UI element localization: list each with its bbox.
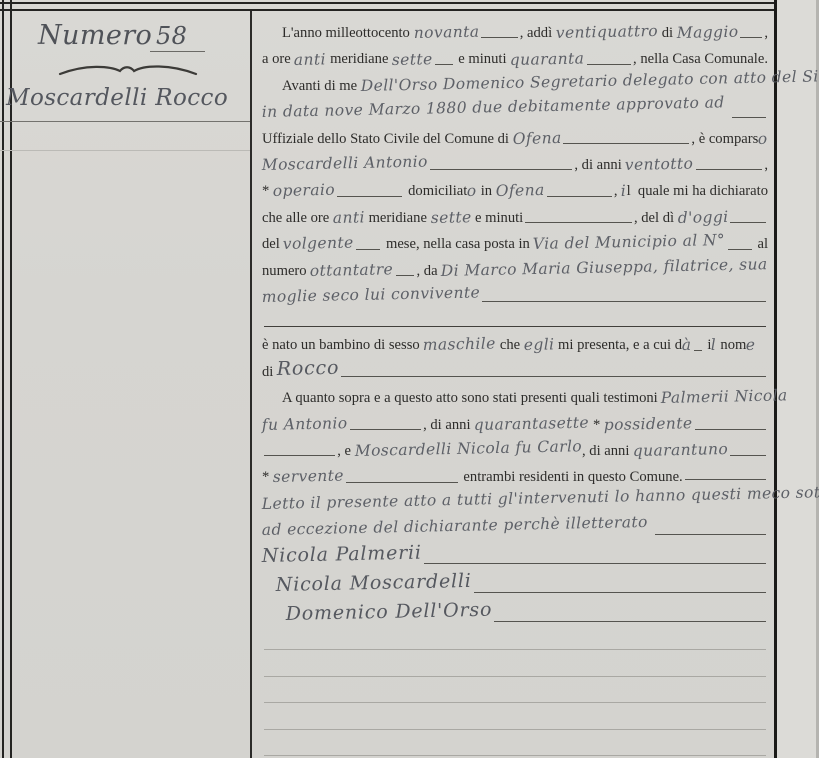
handwritten-text: Maggio	[676, 24, 738, 42]
printed-text: A quanto sopra e a questo atto sono stat…	[282, 390, 661, 406]
blank-underline	[396, 274, 415, 276]
printed-text: , e	[337, 443, 354, 459]
printed-text: *	[262, 469, 273, 485]
act-line-lettura-1: Letto il presente atto a tutti gl'interv…	[262, 486, 768, 512]
handwritten-text: anti	[294, 51, 326, 68]
blank-underline	[740, 36, 762, 38]
act-line-dichiarante: Moscardelli Antonio, di anni ventotto,	[262, 147, 768, 173]
empty-ruled-line	[264, 728, 766, 730]
printed-text: *	[589, 417, 604, 433]
handwritten-text: Moscardelli Antonio	[262, 154, 428, 174]
margin-faint-rule	[0, 150, 250, 151]
registrant-name: Moscardelli Rocco	[6, 86, 228, 110]
blank-underline	[435, 63, 453, 65]
blank-underline	[474, 591, 766, 593]
act-line-testimoni-3: , e Moscardelli Nicola fu Carlo, di anni…	[262, 433, 768, 459]
printed-text: di	[262, 364, 277, 380]
blank-underline	[695, 428, 766, 430]
handwritten-text: ottantatre	[310, 261, 394, 279]
printed-text: di	[658, 25, 677, 41]
blank-underline	[730, 221, 766, 223]
act-line-testimoni-2: fu Antonio, di anni quarantasette * poss…	[262, 406, 768, 432]
handwritten-text: servente	[273, 468, 344, 486]
signature-dellorso: Domenico Dell'Orso	[262, 596, 768, 625]
top-border-inner	[0, 9, 819, 11]
printed-text: mese, nella casa posta in	[382, 236, 533, 252]
printed-text: a ore	[262, 51, 294, 67]
handwritten-text: anti	[333, 209, 365, 226]
printed-text: meridiane	[365, 210, 431, 226]
blank-underline	[356, 248, 380, 250]
blank-underline	[587, 63, 631, 65]
empty-ruled-line	[264, 701, 766, 703]
handwritten-text-large: Rocco	[277, 359, 340, 380]
handwritten-text: i	[621, 183, 627, 199]
blank-underline	[424, 562, 766, 564]
printed-text: Avanti di me	[282, 78, 361, 94]
numero-value: 58	[150, 24, 205, 52]
printed-text: è nato un bambino di sesso	[262, 337, 423, 353]
printed-text: meridiane	[326, 51, 392, 67]
flourish-ornament	[58, 62, 198, 78]
right-border-rule	[774, 0, 777, 758]
empty-ruled-line	[264, 754, 766, 756]
act-line-mese: del volgente mese, nella casa posta in V…	[262, 226, 768, 252]
margin-underline	[0, 121, 250, 122]
handwritten-text-large: Domenico Dell'Orso	[286, 601, 493, 625]
handwritten-text: quaranta	[510, 50, 585, 68]
handwritten-text: ventotto	[625, 156, 694, 174]
handwritten-text: volgente	[283, 235, 354, 253]
margin-column-divider	[250, 11, 252, 758]
handwritten-text: possidente	[604, 415, 693, 433]
filler-dash	[685, 478, 766, 480]
handwritten-text: à	[682, 337, 692, 353]
handwritten-text: Palmerii Nicola	[661, 388, 788, 407]
act-body: L'anno milleottocento novanta, addì vent…	[262, 15, 768, 758]
top-border-outer	[0, 2, 819, 4]
empty-ruled-line	[264, 648, 766, 650]
handwritten-text: fu Antonio	[262, 415, 348, 433]
printed-text: , addì	[520, 25, 556, 41]
handwritten-text: moglie seco lui convivente	[262, 284, 481, 305]
blank-underline	[482, 300, 766, 302]
blank-underline	[264, 454, 335, 456]
handwritten-text: Dell'Orso Domenico Segretario delegato c…	[360, 67, 819, 94]
printed-text: mi presenta, e a cui d	[554, 337, 682, 353]
signature-palmerii: Nicola Palmerii	[262, 538, 768, 567]
left-border-inner	[10, 0, 12, 758]
printed-text: , di anni	[423, 417, 474, 433]
printed-text: numero	[262, 263, 310, 279]
scanned-birth-record-page: { "margin": { "numero_label": "Numero", …	[0, 0, 819, 758]
printed-text: che alle ore	[262, 210, 333, 226]
blank-underline	[430, 168, 572, 170]
blank-underline	[337, 195, 402, 197]
act-line-testimoni-4: * servente entrambi residenti in questo …	[262, 459, 768, 485]
act-line-anno: L'anno milleottocento novanta, addì vent…	[262, 15, 768, 41]
handwritten-text: novanta	[413, 24, 479, 42]
handwritten-text: ventiquattro	[555, 23, 658, 41]
handwritten-text: d'oggi	[677, 209, 728, 226]
section-rule	[264, 325, 766, 327]
act-line-testimoni-1: A quanto sopra e a questo atto sono stat…	[262, 380, 768, 406]
blank-underline	[481, 36, 518, 38]
blank-ruled-line	[262, 705, 768, 732]
printed-text: che	[496, 337, 524, 353]
printed-text: , da	[416, 263, 441, 279]
act-line-nato: è nato un bambino di sesso maschile che …	[262, 327, 768, 353]
printed-text: al	[754, 236, 768, 252]
blank-underline	[732, 116, 766, 118]
handwritten-text: Di Marco Maria Giuseppa, filatrice, sua	[441, 256, 768, 279]
handwritten-text: operaio	[273, 182, 335, 200]
handwritten-text: sette	[430, 209, 471, 226]
blank-ruled-line	[262, 625, 768, 652]
blank-underline	[694, 349, 702, 351]
act-line-comune: Uffiziale dello Stato Civile del Comune …	[262, 121, 768, 147]
handwritten-text: o	[467, 183, 477, 199]
blank-underline	[563, 142, 689, 144]
handwritten-text-large: Nicola Moscardelli	[276, 572, 472, 596]
blank-underline	[350, 428, 421, 430]
printed-text: *	[262, 183, 273, 199]
handwritten-text: sette	[392, 51, 433, 68]
blank-underline	[346, 481, 458, 483]
blank-ruled-line	[262, 652, 768, 679]
right-page-strip	[777, 0, 819, 758]
handwritten-text: o	[758, 130, 768, 146]
blank-underline	[341, 375, 766, 377]
act-line-ora-nascita: che alle ore anti meridiane sette e minu…	[262, 200, 768, 226]
act-line-lettura-2: ad eccezione del dichiarante perchè ille…	[262, 512, 768, 538]
act-line-ora: a ore anti meridiane sette e minuti quar…	[262, 41, 768, 67]
section-divider	[262, 305, 768, 327]
printed-text: nom	[717, 337, 747, 353]
handwritten-text: e	[746, 337, 756, 353]
blank-ruled-line	[262, 732, 768, 758]
blank-underline	[730, 454, 766, 456]
printed-text: in	[477, 183, 496, 199]
printed-text: del	[262, 236, 283, 252]
handwritten-text: Letto il presente atto a tutti gl'interv…	[262, 483, 819, 512]
printed-text: ,	[764, 25, 768, 41]
printed-text: e minuti	[471, 210, 523, 226]
printed-text: e minuti	[455, 51, 511, 67]
printed-text: , di anni	[574, 157, 625, 173]
printed-text: l quale mi ha dichiarato	[627, 183, 768, 199]
act-line-madre-1: numero ottantatre, da Di Marco Maria Giu…	[262, 253, 768, 279]
handwritten-text: in data nove Marzo 1880 due debitamente …	[262, 94, 730, 120]
handwritten-text: l	[711, 337, 717, 353]
act-line-professione: * operaio domiciliato in Ofena, il quale…	[262, 173, 768, 199]
empty-ruled-line	[264, 675, 766, 677]
handwritten-text: egli	[523, 337, 554, 354]
handwritten-text: Ofena	[495, 182, 544, 199]
printed-text: Uffiziale dello Stato Civile del Comune …	[262, 131, 513, 147]
handwritten-text: Ofena	[512, 130, 561, 147]
numero-label: Numero	[38, 22, 152, 50]
blank-underline	[494, 620, 766, 622]
blank-underline	[525, 221, 632, 223]
printed-text: , del dì	[634, 210, 678, 226]
handwritten-text: ad eccezione del dichiarante perchè ille…	[262, 514, 654, 538]
act-line-ufficiale-2: in data nove Marzo 1880 due debitamente …	[262, 94, 768, 120]
printed-text: , di anni	[582, 443, 633, 459]
blank-underline	[696, 168, 762, 170]
blank-ruled-line	[262, 679, 768, 706]
printed-text: entrambi residenti in questo Comune.	[460, 469, 683, 485]
handwritten-text: maschile	[423, 336, 496, 354]
handwritten-text: Moscardelli Nicola fu Carlo	[354, 438, 582, 459]
signature-moscardelli: Nicola Moscardelli	[262, 567, 768, 596]
left-border-outer	[2, 0, 4, 758]
blank-underline	[547, 195, 612, 197]
printed-text: domiciliat	[404, 183, 467, 199]
blank-underline	[655, 533, 766, 535]
handwritten-text: Via del Municipio al N°	[533, 232, 726, 252]
handwritten-text-large: Nicola Palmerii	[262, 544, 422, 567]
act-line-ufficiale-1: Avanti di me Dell'Orso Domenico Segretar…	[262, 68, 768, 94]
printed-text: ,	[764, 157, 768, 173]
printed-text: , nella Casa Comunale.	[633, 51, 768, 67]
act-line-nome: di Rocco	[262, 354, 768, 380]
printed-text: , è compars	[691, 131, 758, 147]
handwritten-text: quarantuno	[633, 441, 729, 459]
handwritten-text: quarantasette	[474, 414, 590, 433]
act-line-madre-2: moglie seco lui convivente	[262, 279, 768, 305]
printed-text: L'anno milleottocento	[282, 25, 414, 41]
blank-underline	[728, 248, 752, 250]
